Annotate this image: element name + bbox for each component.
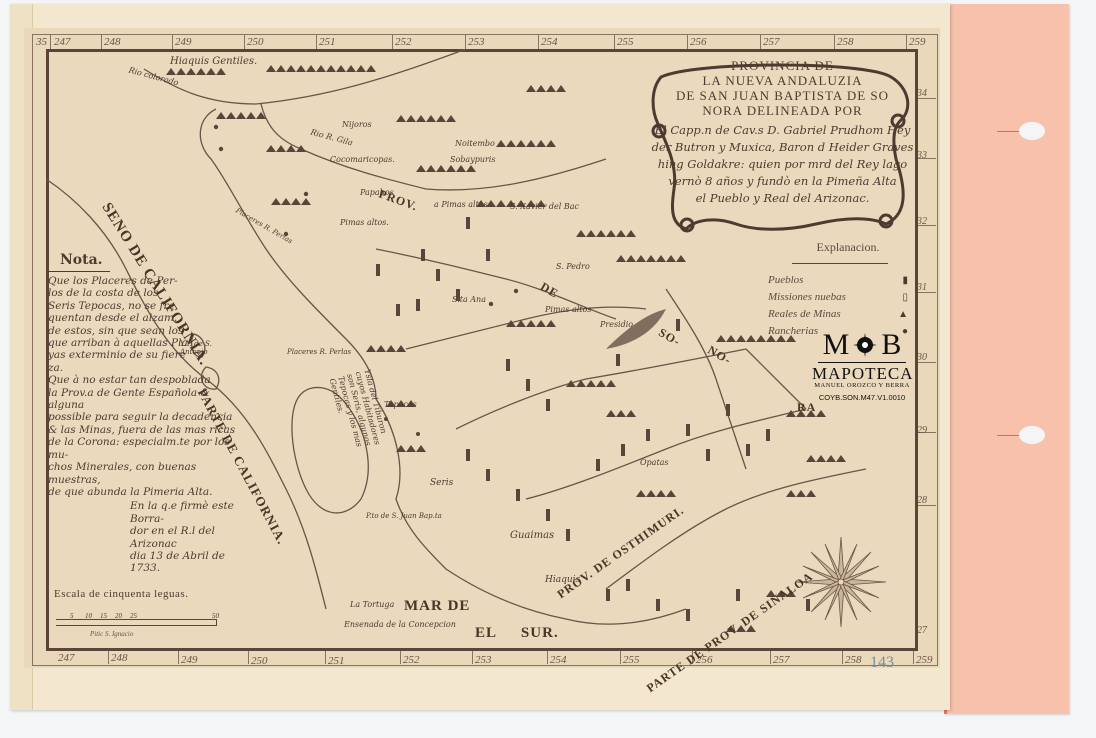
lat-tick: 32 [917, 216, 927, 227]
lat-tick-35: 35 [36, 36, 47, 48]
church-symbol-icon: ▮ [902, 272, 908, 289]
punch-hole [1019, 426, 1045, 444]
label-santa-ana: S.ta Ana [452, 295, 486, 304]
logo-name: MAPOTECA [812, 365, 912, 383]
long-tick: 254 [541, 36, 558, 48]
cartouche-body-line: el Pueblo y Real del Arizonac. [650, 190, 915, 207]
long-tick: 252 [403, 654, 420, 666]
nota-divider [48, 271, 110, 272]
cartouche-body-line: vernò 8 años y fundò en la Pimeña Alta [650, 173, 915, 190]
label-pimas-altos: a Pimas altos [434, 200, 488, 209]
long-tick: 253 [468, 36, 485, 48]
long-tick: 255 [617, 36, 634, 48]
lat-tick: 29 [917, 425, 927, 436]
legend-title: Explanacion. [788, 240, 908, 255]
long-tick: 247 [54, 36, 71, 48]
cartouche-title-line: DE SAN JUAN BAPTISTA DE SO [650, 88, 915, 103]
label-mar-de: MAR DE [404, 598, 470, 615]
cartouche-title-line: NORA DELINEADA POR [650, 103, 915, 118]
cartouche-body-line: El Capp.n de Cav.s D. Gabriel Prudhom He… [650, 122, 915, 139]
label-ra: RA [797, 400, 816, 415]
long-tick: 250 [251, 655, 268, 667]
long-tick: 249 [181, 654, 198, 666]
mine-symbol-icon: ▲ [898, 306, 908, 323]
label-nijoros: Nijoros [342, 120, 372, 129]
long-tick: 257 [773, 654, 790, 666]
legend-item-pueblos: Pueblos▮ [768, 272, 908, 289]
long-tick: 247 [58, 652, 75, 664]
label-papabos: Papabos [360, 188, 394, 197]
legend-item-missions: Missiones nuebas▯ [768, 289, 908, 306]
label-presidio: Presidio [600, 320, 633, 329]
legend-divider [792, 263, 888, 264]
lake-shape [606, 309, 666, 349]
lat-tick: 33 [917, 150, 927, 161]
mission-symbol-icon: ▯ [902, 289, 908, 306]
catalog-number: 143 [870, 654, 894, 672]
label-cocomaricopas: Cocomaricopas. [330, 155, 395, 164]
label-pimas-altos-3: Pimas altos [545, 305, 591, 314]
lat-tick: 27 [917, 625, 927, 636]
label-la-tortuga: La Tortuga [350, 600, 394, 609]
label-tepocas: Tepocas [384, 400, 417, 409]
long-tick: 249 [175, 36, 192, 48]
label-hiaquis-gentiles: Hiaquis Gentiles. [170, 56, 257, 67]
title-cartouche: PROVINCIA DE LA NUEVA ANDALUZIA DE SAN J… [650, 58, 915, 207]
logo-letter-b: B [881, 330, 901, 360]
label-placeres-perlas-2: Placeres R. Perlas [287, 348, 351, 356]
long-tick: 254 [550, 654, 567, 666]
scale-label: Escala de cinquenta leguas. [54, 588, 188, 600]
scale-sub-label: Pitic S. Ignacio [90, 630, 133, 638]
long-tick: 259 [909, 36, 926, 48]
long-tick: 257 [763, 36, 780, 48]
label-ensenada-concepcion: Ensenada de la Concepcion [344, 620, 456, 629]
hole-guide-mark [997, 131, 1019, 132]
long-tick: 252 [395, 36, 412, 48]
label-seris: Seris [430, 478, 453, 488]
long-tick: 248 [111, 652, 128, 664]
nota-text: Que los Placeres de Per- los de la costa… [48, 275, 248, 498]
long-tick: 248 [104, 36, 121, 48]
long-tick: 251 [328, 655, 345, 667]
cartouche-body-line: der Butron y Muxica, Baron d Heider Grav… [650, 139, 915, 156]
lat-tick: 30 [917, 352, 927, 363]
nota-signature: En la q.e firmè este Borra- dor en el R.… [130, 500, 248, 574]
long-tick: 250 [247, 36, 264, 48]
label-guaimas: Guaimas [510, 530, 554, 541]
logo-subtitle: MANUEL OROZCO Y BERRA [812, 382, 912, 389]
label-sobaypuris: Sobaypuris [450, 155, 495, 164]
long-tick: 251 [319, 36, 336, 48]
long-tick: 256 [690, 36, 707, 48]
lat-tick: 28 [917, 495, 927, 506]
sonora-coastline [200, 109, 686, 624]
archive-folder-tab [944, 4, 1069, 714]
label-s-pedro: S. Pedro [556, 262, 590, 271]
long-tick: 255 [623, 654, 640, 666]
label-pimas-altos-2: Pimas altos. [340, 218, 389, 227]
logo-letter-m: M [823, 330, 850, 360]
cartouche-title-line: LA NUEVA ANDALUZIA [650, 73, 915, 88]
hole-guide-mark [997, 435, 1019, 436]
label-xavier-del-bac: S. Xavier del Bac [510, 202, 579, 211]
scale-bar [56, 619, 217, 626]
label-el-sur: EL SUR. [475, 625, 559, 642]
cartouche-title-line: PROVINCIA DE [650, 58, 915, 73]
label-san-juan-bautista: P.to de S. Juan Bap.ta [366, 512, 442, 520]
compass-logo-icon [853, 333, 877, 357]
label-opatas: Opatas [640, 458, 669, 467]
cartouche-body-line: hing Goldakre: quien por mrd del Rey lag… [650, 156, 915, 173]
label-hiaquis: Hiaquis [545, 575, 580, 585]
lat-tick: 34 [917, 88, 927, 99]
long-tick: 258 [845, 654, 862, 666]
punch-hole [1019, 122, 1045, 140]
lat-tick: 31 [917, 282, 927, 293]
label-islas-san-antonio: Y.Y. de S. Antonio [180, 340, 230, 356]
label-noitembo: Noitembo [455, 139, 495, 148]
nota-title: Nota. [60, 252, 248, 268]
long-tick: 259 [916, 654, 933, 666]
long-tick: 258 [837, 36, 854, 48]
legend-item-mines: Reales de Minas▲ [768, 306, 908, 323]
mapoteca-logo: M B MAPOTECA MANUEL OROZCO Y BERRA COYB.… [812, 330, 912, 402]
long-tick: 253 [475, 654, 492, 666]
catalog-code: COYB.SON.M47.V1.0010 [812, 393, 912, 402]
legend-panel: Explanacion. Pueblos▮ Missiones nuebas▯ … [768, 240, 908, 340]
